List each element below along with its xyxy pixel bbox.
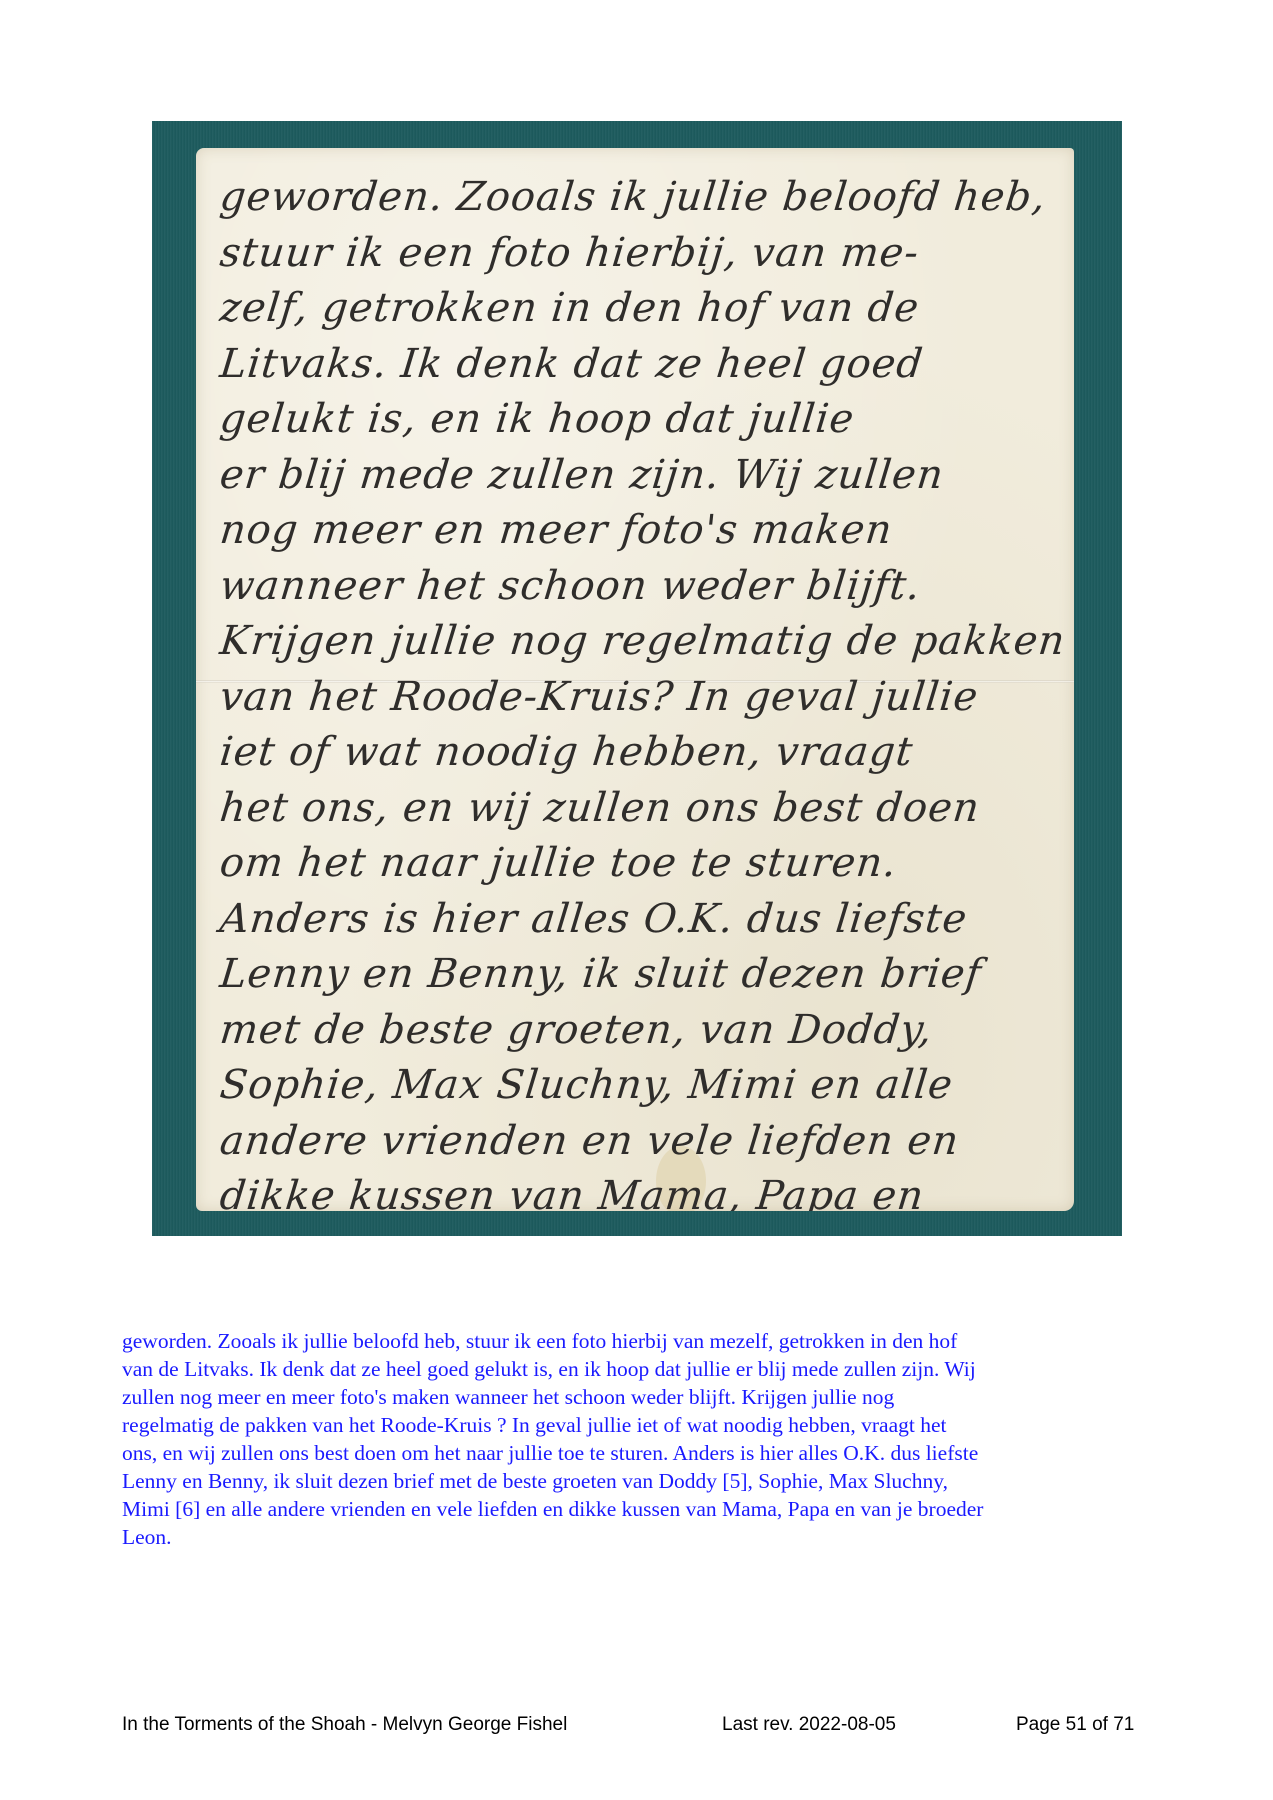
- transcription-line: geworden. Zooals ik jullie beloofd heb, …: [122, 1327, 1162, 1355]
- handwritten-line: Litvaks. Ik denk dat ze heel goed: [217, 337, 1067, 393]
- letter-paper: geworden. Zooals ik jullie beloofd heb, …: [196, 148, 1074, 1211]
- letter-photo: geworden. Zooals ik jullie beloofd heb, …: [152, 121, 1122, 1236]
- handwritten-line: iet of wat noodig hebben, vraagt: [217, 725, 1067, 781]
- transcription-line: van de Litvaks. Ik denk dat ze heel goed…: [122, 1355, 1162, 1383]
- handwritten-line: Lenny en Benny, ik sluit dezen brief: [217, 947, 1067, 1003]
- handwritten-line: Krijgen jullie nog regelmatig de pakken: [217, 614, 1067, 670]
- footer-document-title: In the Torments of the Shoah - Melvyn Ge…: [122, 1714, 567, 1736]
- letter-transcription: geworden. Zooals ik jullie beloofd heb, …: [122, 1327, 1162, 1551]
- handwritten-line: het ons, en wij zullen ons best doen: [217, 781, 1067, 837]
- handwritten-line: om het naar jullie toe te sturen.: [217, 836, 1067, 892]
- handwritten-line: Anders is hier alles O.K. dus liefste: [217, 892, 1067, 948]
- handwritten-line: gelukt is, en ik hoop dat jullie: [217, 392, 1067, 448]
- handwritten-line: wanneer het schoon weder blijft.: [217, 559, 1067, 615]
- handwritten-line: stuur ik een foto hierbij, van me-: [217, 226, 1067, 282]
- handwritten-line: geworden. Zooals ik jullie beloofd heb,: [217, 170, 1067, 226]
- transcription-line: zullen nog meer en meer foto's maken wan…: [122, 1383, 1162, 1411]
- handwritten-line: van het Roode-Kruis? In geval jullie: [217, 670, 1067, 726]
- handwritten-line: zelf, getrokken in den hof van de: [217, 281, 1067, 337]
- transcription-line: Mimi [6] en alle andere vrienden en vele…: [122, 1495, 1162, 1523]
- handwritten-line: andere vrienden en vele liefden en: [217, 1114, 1067, 1170]
- transcription-line: Leon.: [122, 1523, 1162, 1551]
- handwritten-line: er blij mede zullen zijn. Wij zullen: [217, 448, 1067, 504]
- handwritten-line: Sophie, Max Sluchny, Mimi en alle: [217, 1058, 1067, 1114]
- transcription-line: regelmatig de pakken van het Roode-Kruis…: [122, 1411, 1162, 1439]
- footer-revision-date: Last rev. 2022-08-05: [722, 1714, 896, 1736]
- page-footer: In the Torments of the Shoah - Melvyn Ge…: [0, 1714, 1273, 1740]
- transcription-line: ons, en wij zullen ons best doen om het …: [122, 1439, 1162, 1467]
- handwritten-line: dikke kussen van Mama, Papa en: [217, 1169, 1067, 1211]
- handwritten-line: nog meer en meer foto's maken: [217, 503, 1067, 559]
- handwritten-line: met de beste groeten, van Doddy,: [217, 1003, 1067, 1059]
- transcription-line: Lenny en Benny, ik sluit dezen brief met…: [122, 1467, 1162, 1495]
- footer-page-number: Page 51 of 71: [1016, 1714, 1134, 1736]
- handwritten-text: geworden. Zooals ik jullie beloofd heb, …: [220, 170, 1064, 1211]
